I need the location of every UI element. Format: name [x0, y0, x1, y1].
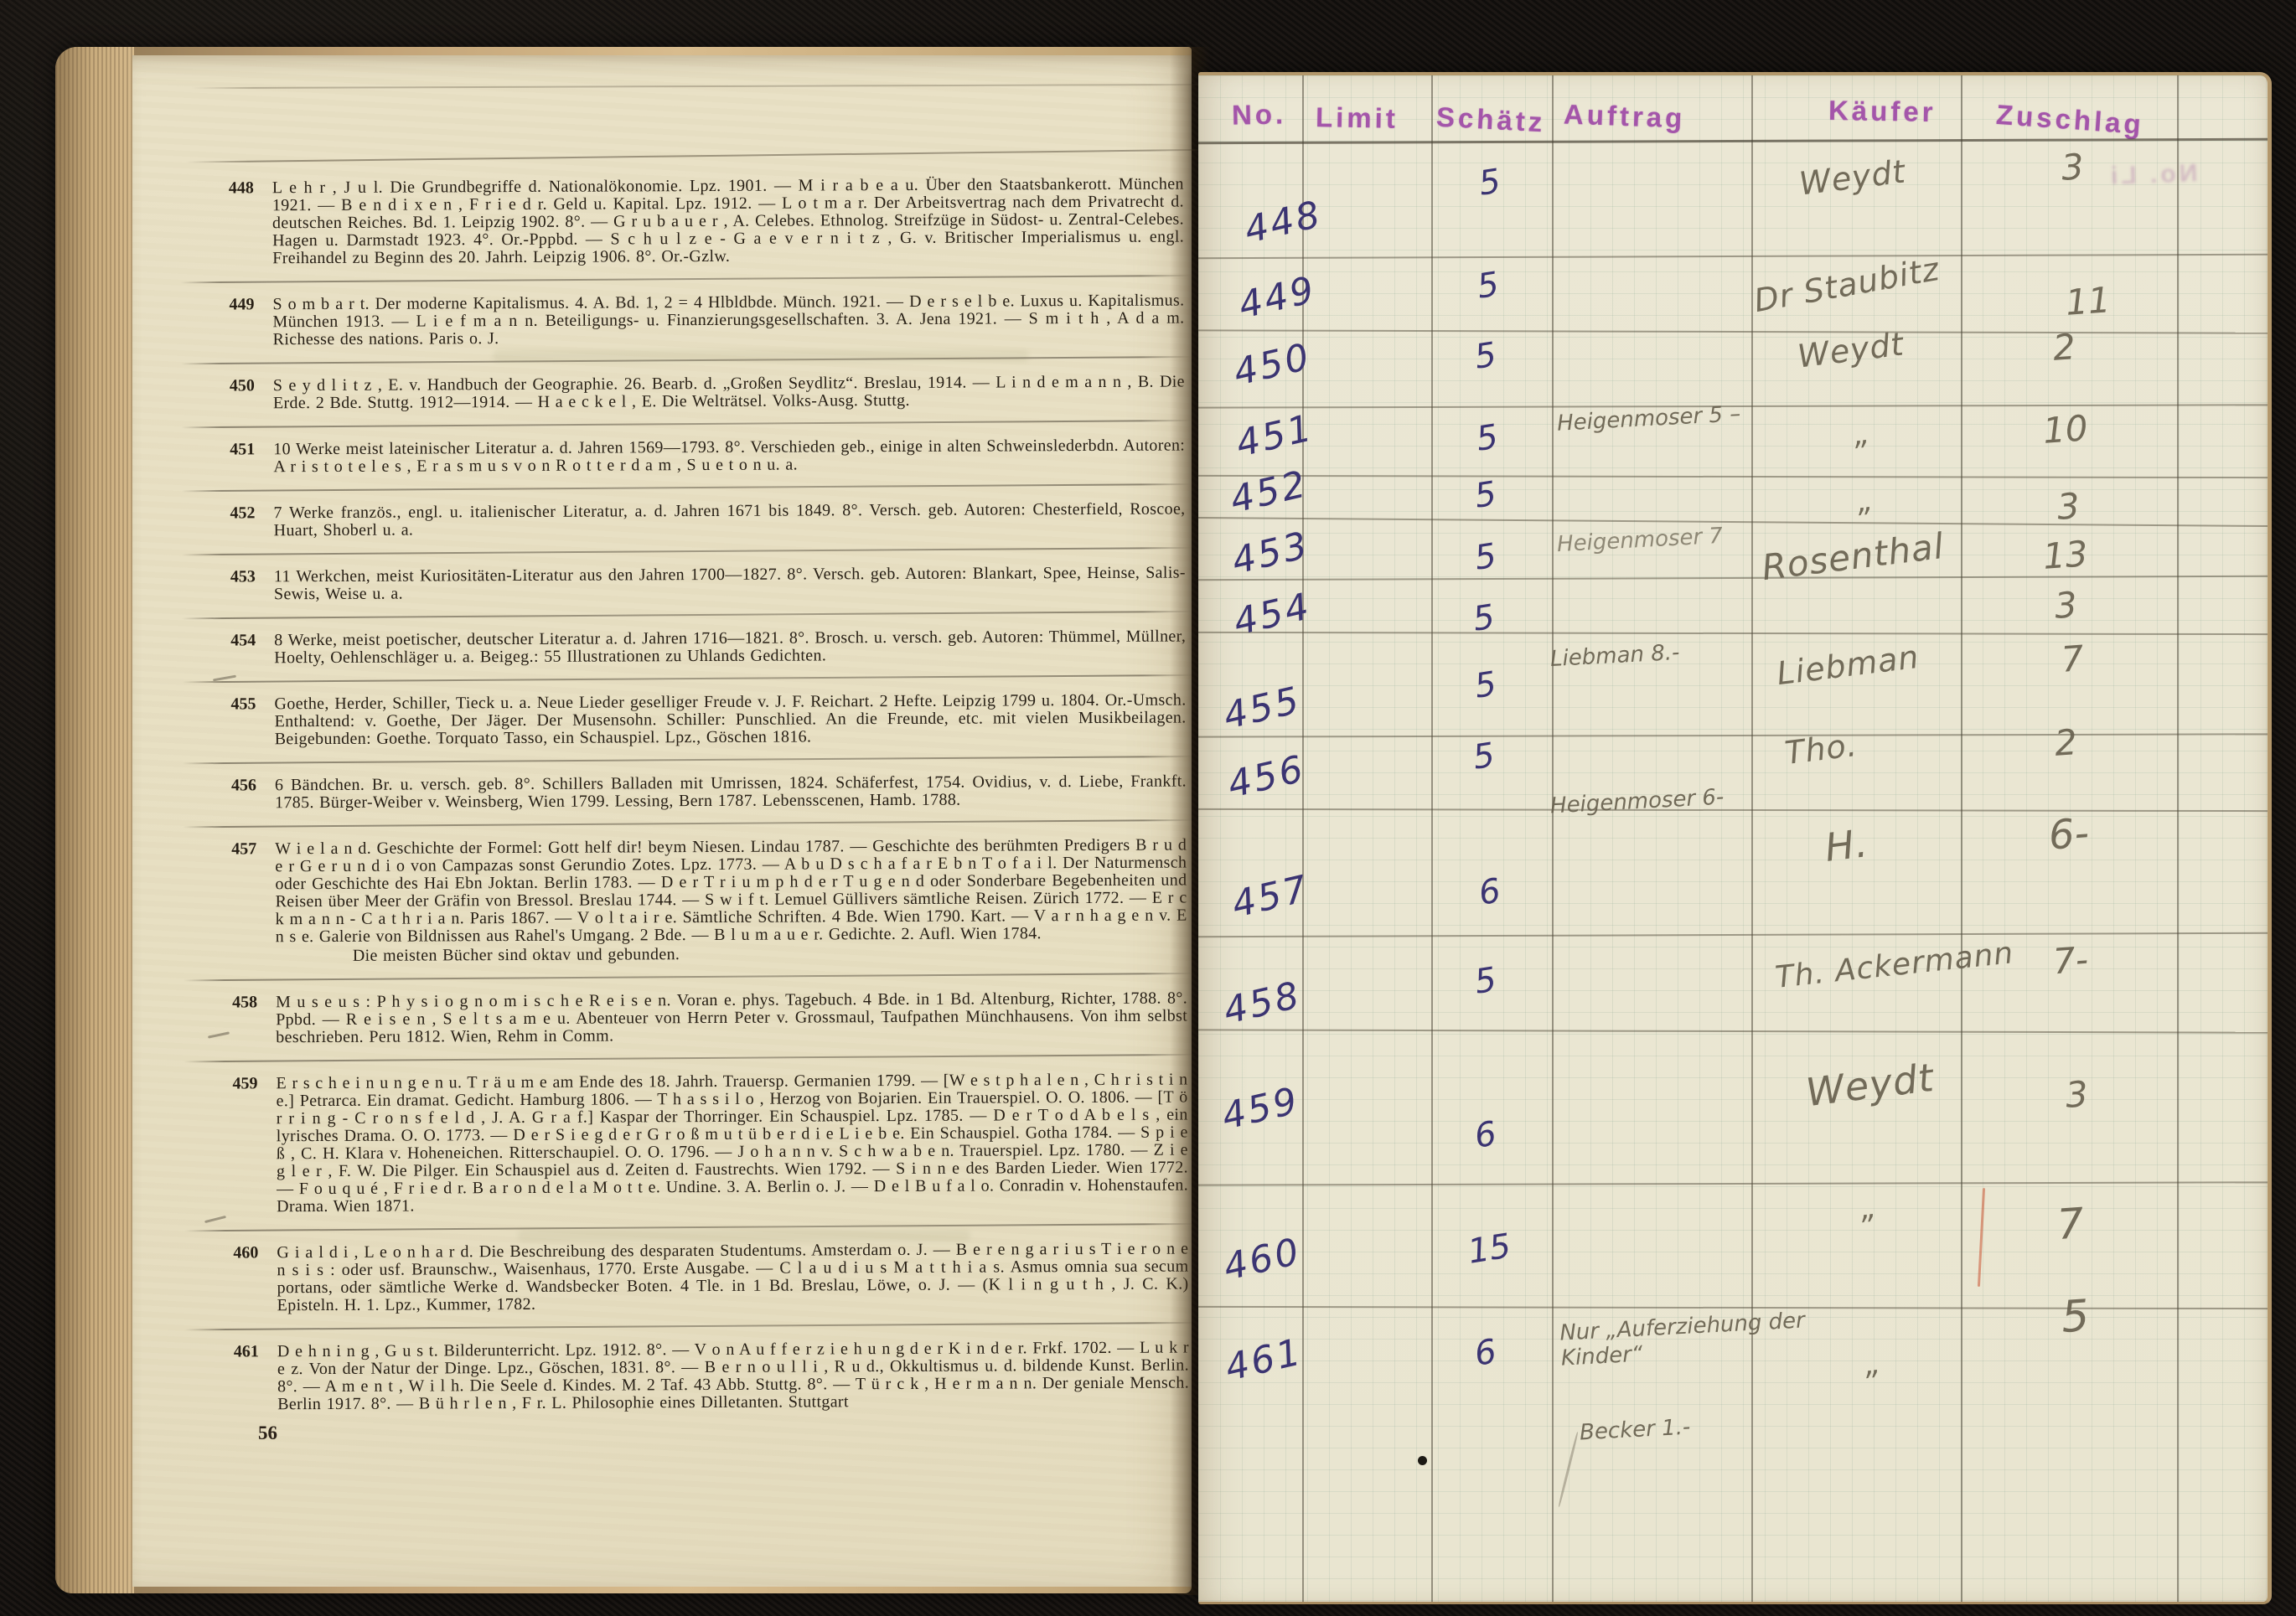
lot-number: 460	[233, 1244, 258, 1262]
column-header-zuschlag: Zuschlag	[1995, 99, 2145, 141]
page-number: 56	[258, 1422, 277, 1444]
lot-number: 455	[230, 695, 256, 713]
ledger-kaeufer-ditto: „	[1855, 483, 1876, 519]
catalog-entries: 448 L e h r , J u l. Die Grundbegriffe d…	[229, 176, 1189, 1414]
catalog-entry: 453 11 Werkchen, meist Kuriositäten-Lite…	[230, 565, 1186, 604]
entry-text: 10 Werke meist lateinischer Literatur a.…	[273, 436, 1185, 477]
ledger-no: 457	[1228, 867, 1313, 927]
entry-text: D e h n i n g , G u s t. Bilderunterrich…	[277, 1339, 1189, 1414]
row-rule	[1198, 517, 2268, 527]
ledger-no: 458	[1219, 973, 1305, 1033]
lot-number: 458	[232, 994, 257, 1011]
entry-divider	[181, 420, 1192, 428]
ledger-schaetz: 6	[1472, 1332, 1499, 1373]
ledger-zuschlag: 11	[2064, 279, 2112, 323]
entry-divider	[184, 1223, 1195, 1231]
ledger-schaetz: 5	[1476, 162, 1503, 203]
column-header-kaeufer: Käufer	[1828, 95, 1937, 128]
ledger-auftrag: Heigenmoser 6-	[1549, 785, 1725, 819]
ledger-kaeufer: Weydt	[1797, 152, 1908, 202]
entry-text: L e h r , J u l. Die Grundbegriffe d. Na…	[272, 175, 1184, 268]
row-rule	[1198, 1306, 2268, 1309]
catalog-entry: 451 10 Werke meist lateinischer Literatu…	[230, 437, 1185, 477]
catalog-entry: 455 Goethe, Herder, Schiller, Tieck u. a…	[230, 692, 1186, 749]
ledger-auftrag: Liebman 8.-	[1549, 640, 1680, 672]
entry-text: 7 Werke französ., engl. u. italienischer…	[273, 500, 1185, 540]
catalog-entry: 454 8 Werke, meist poetischer, deutscher…	[230, 628, 1186, 668]
ledger-schaetz: 5	[1472, 664, 1499, 705]
lot-number: 448	[229, 179, 254, 197]
ledger-schaetz: 5	[1472, 960, 1499, 1001]
entry-text: E r s c h e i n u n g e n u. T r ä u m e…	[276, 1071, 1188, 1216]
lot-number: 449	[229, 296, 254, 313]
ledger-zuschlag: 10	[2041, 407, 2089, 452]
catalog-entry: 459 E r s c h e i n u n g e n u. T r ä u…	[232, 1071, 1188, 1216]
ledger-kaeufer: Liebman	[1775, 638, 1921, 692]
red-pencil-stroke	[1978, 1188, 1985, 1287]
lot-number: 454	[230, 632, 256, 649]
entry-text: 11 Werkchen, meist Kuriositäten-Literatu…	[274, 564, 1186, 604]
ledger-schaetz: 5	[1471, 736, 1497, 777]
catalog-entry: 458 M u s e u s : P h y s i o g n o m i …	[232, 990, 1187, 1047]
header-rule	[1198, 138, 2268, 144]
column-header-schaetz: Schätz	[1435, 101, 1546, 139]
lot-number: 459	[232, 1075, 257, 1092]
lot-number: 451	[230, 441, 255, 458]
entry-text: 8 Werke, meist poetischer, deutscher Lit…	[274, 627, 1186, 668]
left-page: 448 L e h r , J u l. Die Grundbegriffe d…	[55, 47, 1192, 1593]
entry-text: M u s e u s : P h y s i o g n o m i s c …	[276, 989, 1187, 1047]
ledger-kaeufer: Tho.	[1783, 726, 1859, 772]
ledger-kaeufer: Dr Staubitz	[1751, 250, 1942, 319]
column-rule	[1431, 75, 1433, 1602]
entry-text: S e y d l i t z , E. v. Handbuch der Geo…	[273, 373, 1185, 413]
ledger-schaetz: 5	[1472, 536, 1499, 577]
catalog-entry: 456 6 Bändchen. Br. u. versch. geb. 8°. …	[231, 773, 1187, 813]
catalog-entry: 452 7 Werke französ., engl. u. italienis…	[230, 501, 1185, 540]
pencil-line-header	[186, 148, 1235, 163]
row-rule	[1198, 576, 2268, 581]
ledger-auftrag-note: Becker 1.-	[1579, 1415, 1691, 1446]
ledger-zuschlag: 13	[2041, 533, 2089, 577]
ledger-zuschlag: 3	[2060, 146, 2085, 188]
ledger-zuschlag: 7	[2056, 1199, 2086, 1249]
row-rule	[1198, 1181, 2268, 1185]
ledger-zuschlag: 3	[2064, 1073, 2089, 1116]
entry-text: Goethe, Herder, Schiller, Tieck u. a. Ne…	[274, 691, 1186, 749]
row-rule	[1198, 475, 2268, 478]
row-rule	[1198, 329, 2268, 333]
ledger-zuschlag: 7-	[2051, 939, 2089, 983]
ledger-kaeufer: H.	[1823, 820, 1870, 870]
ledger-zuschlag: 3	[2056, 485, 2081, 528]
column-header-limit: Limit	[1316, 101, 1399, 135]
ledger-kaeufer: Weydt	[1796, 325, 1906, 374]
ledger-no: 455	[1219, 679, 1305, 738]
ledger-zuschlag: 7	[2060, 638, 2085, 680]
column-rule	[2177, 75, 2179, 1602]
entry-divider	[181, 483, 1192, 492]
book-fore-edge	[55, 47, 134, 1593]
ledger-schaetz: 6	[1476, 871, 1503, 912]
ledger-zuschlag: 3	[2053, 584, 2078, 627]
pencil-mark	[204, 1216, 226, 1223]
ledger-schaetz: 6	[1472, 1114, 1499, 1155]
bleedthrough-stamp: No. Li	[2107, 159, 2197, 191]
ledger-schaetz: 5	[1475, 265, 1502, 306]
entry-divider	[184, 973, 1194, 981]
row-rule	[1198, 808, 2268, 812]
entry-note: Die meisten Bücher sind oktav und gebund…	[276, 944, 1187, 966]
entry-divider	[182, 674, 1192, 683]
pencil-mark	[208, 1031, 230, 1038]
ledger-auftrag: Nur „Auferziehung der Kinder“	[1559, 1306, 1838, 1371]
ledger-kaeufer-ditto: „	[1859, 1190, 1880, 1226]
ledger-zuschlag: 2	[2053, 721, 2078, 764]
ledger-kaeufer: Th. Ackermann	[1774, 936, 2015, 995]
column-rule	[1961, 75, 1962, 1602]
ledger-no: 448	[1240, 193, 1326, 252]
lot-number: 461	[234, 1343, 259, 1360]
pencil-check-stroke	[1558, 1432, 1579, 1507]
catalog-entry: 457 W i e l a n d. Geschichte der Formel…	[231, 837, 1187, 966]
entry-divider	[184, 1054, 1194, 1062]
column-header-auftrag: Auftrag	[1563, 98, 1686, 134]
ledger-no: 461	[1221, 1330, 1306, 1390]
ledger-no: 460	[1219, 1230, 1305, 1289]
ledger-zuschlag: 2	[2051, 326, 2076, 369]
lot-number: 457	[231, 840, 256, 858]
ledger-no: 452	[1226, 462, 1311, 522]
right-page: No. Limit Schätz Auftrag Käufer Zuschlag…	[1198, 72, 2272, 1604]
ledger-schaetz: 5	[1472, 335, 1499, 376]
lot-number: 453	[230, 568, 256, 586]
entry-divider	[181, 356, 1192, 364]
catalog-entry: 460 G i a l d i , L e o n h a r d. Die B…	[233, 1241, 1188, 1315]
entry-text: G i a l d i , L e o n h a r d. Die Besch…	[277, 1240, 1188, 1315]
ledger-schaetz: 15	[1466, 1226, 1513, 1271]
ledger-no: 453	[1228, 524, 1313, 583]
entry-text: 6 Bändchen. Br. u. versch. geb. 8°. Schi…	[275, 772, 1187, 813]
ledger-kaeufer-ditto: „	[1863, 1346, 1884, 1382]
entry-divider	[182, 611, 1192, 619]
ledger-no: 459	[1218, 1079, 1303, 1138]
row-rule	[1198, 932, 2268, 937]
left-page-paper: 448 L e h r , J u l. Die Grundbegriffe d…	[132, 55, 1192, 1587]
row-rule	[1198, 632, 2268, 635]
column-header-no: No.	[1232, 98, 1287, 131]
lot-number: 452	[230, 504, 255, 522]
lot-number: 450	[230, 377, 255, 395]
ledger-zuschlag: 5	[2060, 1291, 2091, 1343]
catalog-entry: 450 S e y d l i t z , E. v. Handbuch der…	[230, 374, 1185, 413]
catalog-entry: 461 D e h n i n g , G u s t. Bilderunter…	[234, 1340, 1189, 1414]
ledger-zuschlag: 6-	[2047, 809, 2091, 859]
pencil-line-top	[191, 84, 1233, 89]
entry-divider	[185, 1322, 1196, 1330]
entry-divider	[180, 275, 1191, 283]
ledger-schaetz: 5	[1474, 417, 1501, 458]
ledger-kaeufer-ditto: „	[1852, 416, 1873, 452]
entry-text: W i e l a n d. Geschichte der Formel: Go…	[275, 836, 1187, 947]
catalog-entry: 449 S o m b a r t. Der moderne Kapitalis…	[229, 292, 1184, 349]
entry-divider	[182, 547, 1192, 555]
column-rule	[1751, 75, 1753, 1602]
row-rule	[1198, 733, 2268, 737]
ledger-no: 449	[1234, 268, 1320, 328]
ink-dot	[1418, 1456, 1427, 1465]
lot-number: 456	[231, 777, 256, 794]
entry-divider	[183, 819, 1193, 828]
catalog-entry: 448 L e h r , J u l. Die Grundbegriffe d…	[229, 176, 1184, 268]
entry-divider	[183, 756, 1193, 764]
ledger-schaetz: 5	[1472, 474, 1499, 515]
ledger-kaeufer: Weydt	[1803, 1055, 1937, 1115]
entry-text: S o m b a r t. Der moderne Kapitalismus.…	[272, 292, 1184, 349]
ledger-auftrag: Heigenmoser 7	[1556, 524, 1723, 557]
ledger-kaeufer: Rosenthal	[1760, 525, 1947, 588]
ledger-no: 451	[1232, 406, 1317, 466]
row-rule	[1198, 1029, 2268, 1033]
column-rule	[1552, 75, 1554, 1602]
row-rule	[1198, 254, 2268, 259]
ledger-no: 456	[1223, 747, 1309, 807]
